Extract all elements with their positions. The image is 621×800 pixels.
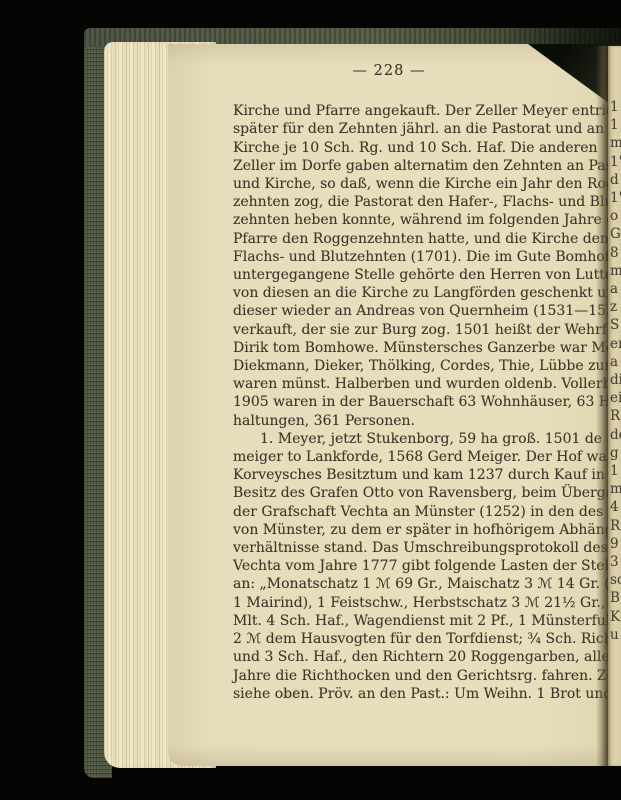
text-line: dieser wieder an Andreas von Quernheim (… (233, 302, 605, 320)
text-line: Kirche je 10 Sch. Rg. und 10 Sch. Haf. D… (233, 139, 605, 157)
fragment-line: u (610, 626, 621, 644)
text-line: Dirik tom Bomhowe. Münstersches Ganzerbe… (233, 339, 605, 357)
text-line: 1905 waren in der Bauerschaft 63 Wohnhäu… (233, 393, 605, 411)
text-line: verkauft, der sie zur Burg zog. 1501 hei… (233, 321, 605, 339)
text-line: 2 ℳ dem Hausvogten für den Torfdienst; ¾… (233, 630, 605, 648)
fragment-line: m (610, 134, 621, 152)
text-line: Diekmann, Dieker, Thölking, Cordes, Thie… (233, 357, 605, 375)
facing-page-sliver: 11m1'd1'oG8mazSeradieiRdeg1m4R93schBKu (608, 46, 621, 766)
fragment-line: m (610, 262, 621, 280)
fragment-line: a (610, 280, 621, 298)
fragment-line: ei (610, 389, 621, 407)
fragment-line: 1' (610, 189, 621, 207)
text-line: 1. Meyer, jetzt Stukenborg, 59 ha groß. … (233, 430, 605, 448)
fragment-line: z (610, 298, 621, 316)
fragment-line: o (610, 207, 621, 225)
fragment-line: 1 (610, 462, 621, 480)
fragment-line: 1 (610, 116, 621, 134)
gutter-shadow (596, 46, 608, 766)
text-line: waren münst. Halberben und wurden oldenb… (233, 375, 605, 393)
fragment-line: 9 (610, 535, 621, 553)
text-line: Vechta vom Jahre 1777 gibt folgende Last… (233, 557, 605, 575)
fragment-line: de (610, 426, 621, 444)
fragment-line: G (610, 225, 621, 243)
text-line: zehnten heben konnte, während im folgend… (233, 211, 605, 229)
fragment-line: R (610, 407, 621, 425)
paragraph-2: 1. Meyer, jetzt Stukenborg, 59 ha groß. … (233, 430, 605, 703)
fragment-line: B (610, 589, 621, 607)
fragment-line: 1' (610, 153, 621, 171)
fragment-line: di (610, 371, 621, 389)
text-line: untergegangene Stelle gehörte den Herren… (233, 266, 605, 284)
text-line: Korveysches Besitztum und kam 1237 durch… (233, 466, 605, 484)
fragment-line: 3 (610, 553, 621, 571)
fragment-line: 1 (610, 98, 621, 116)
text-line: von Münster, zu dem er später in hofhöri… (233, 521, 605, 539)
fragment-line: d (610, 171, 621, 189)
fragment-line: er (610, 335, 621, 353)
text-line: Zeller im Dorfe gaben alternatim den Zeh… (233, 157, 605, 175)
page-number-header: — 228 — (173, 62, 605, 80)
text-line: siehe oben. Pröv. an den Past.: Um Weihn… (233, 685, 605, 703)
scanned-book-photo: { "page": { "number_header": "— 228 —", … (0, 0, 621, 800)
text-line: Pfarre den Roggenzehnten hatte, und die … (233, 230, 605, 248)
fragment-line: m (610, 480, 621, 498)
fragment-line: 8 (610, 244, 621, 262)
fragment-line: 4 (610, 498, 621, 516)
fragment-line: R (610, 517, 621, 535)
text-line: zehnten zog, die Pastorat den Hafer-, Fl… (233, 193, 605, 211)
fragment-line: K (610, 608, 621, 626)
text-line: haltungen, 361 Personen. (233, 412, 605, 430)
text-line: Flachs- und Blutzehnten (1701). Die im G… (233, 248, 605, 266)
text-line: später für den Zehnten jährl. an die Pas… (233, 120, 605, 138)
text-line: Jahre die Richthocken und den Gerichtsrg… (233, 667, 605, 685)
fragment-line: S (610, 316, 621, 334)
text-line: Besitz des Grafen Otto von Ravensberg, b… (233, 484, 605, 502)
text-line: und 3 Sch. Haf., den Richtern 20 Roggeng… (233, 648, 605, 666)
text-line: Mlt. 4 Sch. Haf., Wagendienst mit 2 Pf.,… (233, 612, 605, 630)
fragment-line: g (610, 444, 621, 462)
paragraph-1: Kirche und Pfarre angekauft. Der Zeller … (233, 102, 605, 430)
text-line: der Grafschaft Vechta an Münster (1252) … (233, 503, 605, 521)
text-line: meiger to Lankforde, 1568 Gerd Meiger. D… (233, 448, 605, 466)
text-line: verhältnisse stand. Das Umschreibungspro… (233, 539, 605, 557)
fragment-line: sch (610, 571, 621, 589)
page-text: — 228 — Kirche und Pfarre angekauft. Der… (233, 62, 605, 703)
facing-page-text-fragments: 11m1'd1'oG8mazSeradieiRdeg1m4R93schBKu (610, 98, 621, 644)
text-line: von diesen an die Kirche zu Langförden g… (233, 284, 605, 302)
text-line: an: „Monatschatz 1 ℳ 69 Gr., Maischatz 3… (233, 575, 605, 593)
fragment-line: a (610, 353, 621, 371)
text-line: und Kirche, so daß, wenn die Kirche ein … (233, 175, 605, 193)
text-line: Kirche und Pfarre angekauft. Der Zeller … (233, 102, 605, 120)
text-line: 1 Mairind), 1 Feistschw., Herbstschatz 3… (233, 594, 605, 612)
